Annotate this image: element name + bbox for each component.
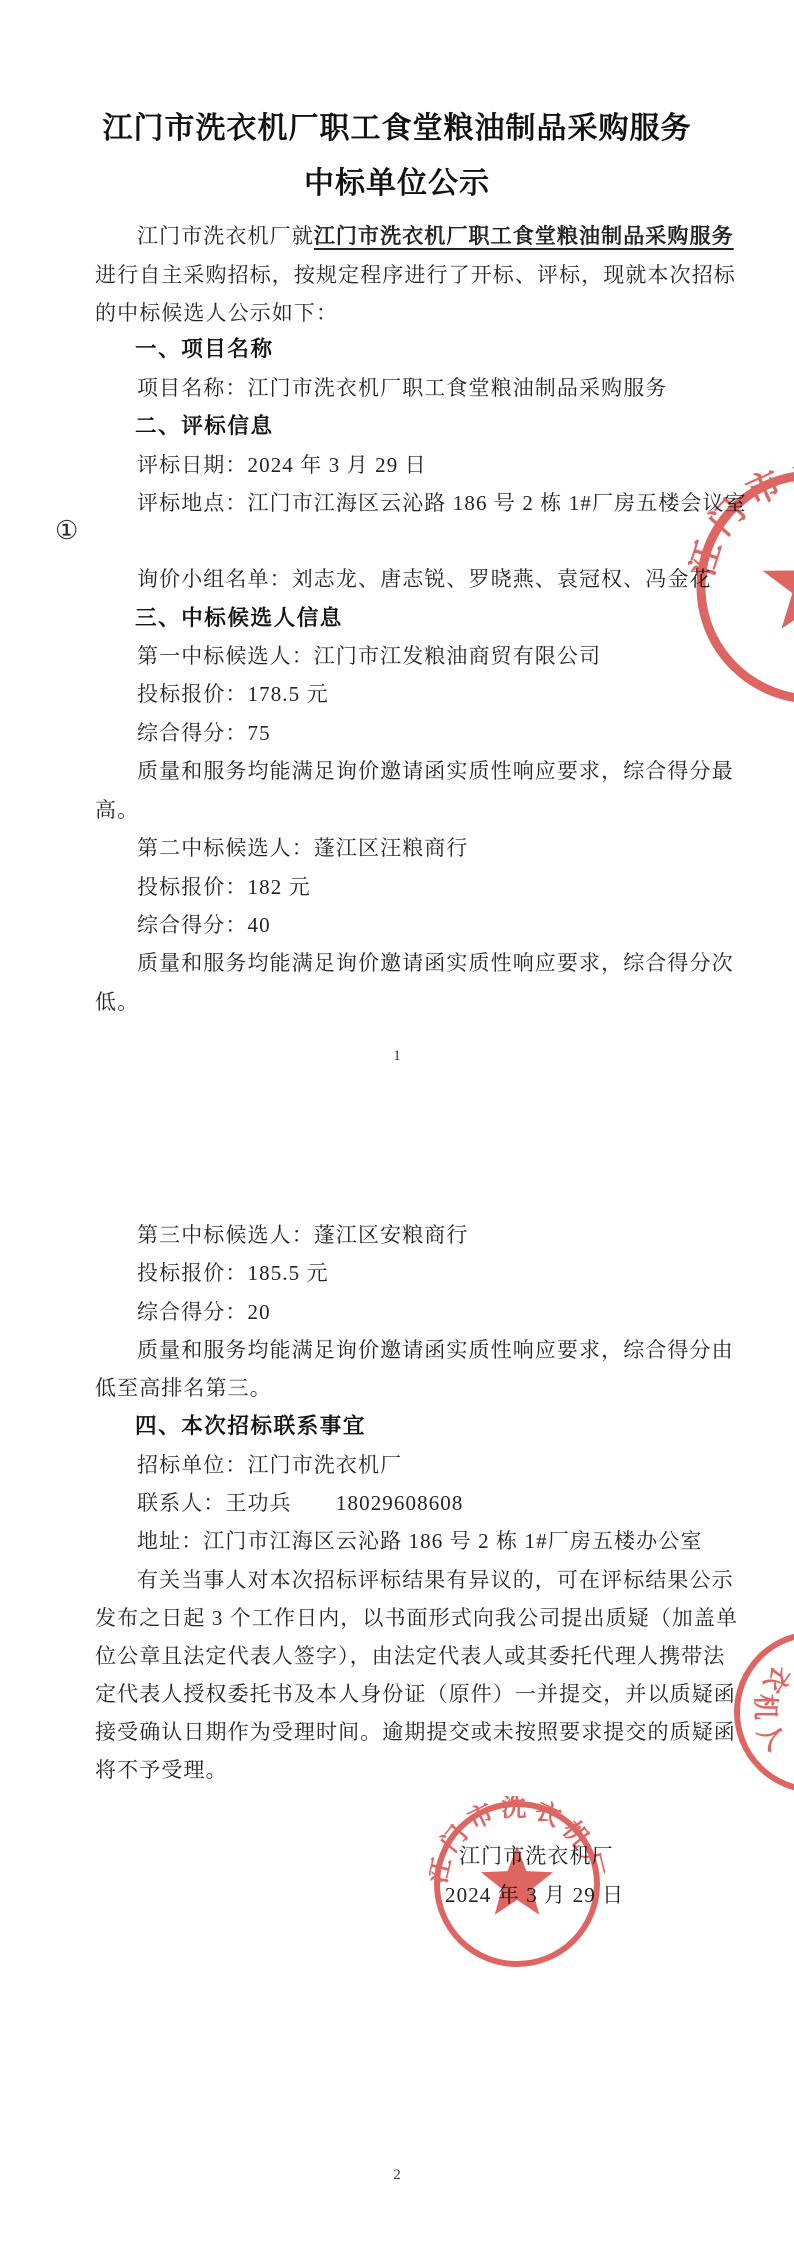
intro-line1-underlined: 江门市洗衣机厂职工食堂粮油制品采购服务 [314,224,734,248]
section1-heading: 一、项目名称 [135,337,274,363]
candidate1-remark-line1: 质量和服务均能满足询价邀请函实质性响应要求，综合得分最 [137,759,734,784]
document-title-line2: 中标单位公示 [0,158,794,202]
notice-line2: 发布之日起 3 个工作日内，以书面形式向我公司提出质疑（加盖单 [95,1606,738,1631]
candidate2-remark-line2: 低。 [95,990,139,1015]
star-icon [763,535,794,629]
notice-line5: 接受确认日期作为受理时间。逾期提交或未按照要求提交的质疑函 [95,1720,736,1745]
section4-heading: 四、本次招标联系事宜 [135,1414,366,1440]
section3-heading: 三、中标候选人信息 [135,606,343,632]
candidate2-price-line: 投标报价：182 元 [137,875,311,900]
company-seal-partial-page2: 衣机人 [727,1624,794,1800]
inquiry-panel-line: 询价小组名单：刘志龙、唐志锐、罗晓燕、袁冠权、冯金花 [137,567,712,592]
tender-org-line: 招标单位：江门市洗衣机厂 [137,1453,402,1478]
page2-number: 2 [0,2167,794,2184]
address-line: 地址：江门市江海区云沁路 186 号 2 栋 1#厂房五楼办公室 [137,1529,702,1554]
notice-line6: 将不予受理。 [95,1758,228,1783]
seal-curved-text: 衣机人 [750,1660,794,1764]
intro-line1-normal: 江门市洗衣机厂就 [137,224,314,248]
intro-line3: 的中标候选人公示如下： [95,301,338,326]
company-seal-partial-page1: 江门市洗衣机厂 [688,462,794,712]
intro-line2: 进行自主采购招标，按规定程序进行了开标、评标，现就本次招标 [95,263,736,288]
star-icon [481,1846,553,1915]
circled-1-annotation: ① [55,516,78,546]
evaluation-date-line: 评标日期：2024 年 3 月 29 日 [137,453,427,478]
document-title-line1: 江门市洗衣机厂职工食堂粮油制品采购服务 [0,103,794,147]
candidate2-remark-line1: 质量和服务均能满足询价邀请函实质性响应要求，综合得分次 [137,951,734,976]
project-name-line: 项目名称：江门市洗衣机厂职工食堂粮油制品采购服务 [137,376,667,401]
candidate1-price-line: 投标报价：178.5 元 [137,682,329,707]
candidate2-name-line: 第二中标候选人：蓬江区汪粮商行 [137,836,469,861]
candidate1-score-line: 综合得分：75 [137,721,271,746]
candidate3-score-line: 综合得分：20 [137,1300,271,1325]
intro-line1: 江门市洗衣机厂就江门市洗衣机厂职工食堂粮油制品采购服务 [137,224,734,249]
notice-line3: 位公章且法定代表人签字），由法定代表人或其委托代理人携带法 [95,1644,725,1669]
seal-curved-text: 江门市洗衣机厂 [688,462,794,580]
candidate3-remark-line1: 质量和服务均能满足询价邀请函实质性响应要求，综合得分由 [137,1338,734,1363]
candidate3-remark-line2: 低至高排名第三。 [95,1376,272,1401]
candidate1-remark-line2: 高。 [95,798,139,823]
notice-line4: 定代表人授权委托书及本人身份证（原件）一并提交，并以质疑函 [95,1682,736,1707]
contact-line: 联系人：王功兵 18029608608 [137,1491,464,1516]
evaluation-location-line: 评标地点：江门市江海区云沁路 186 号 2 栋 1#厂房五楼会议室 [137,491,747,516]
candidate2-score-line: 综合得分：40 [137,913,271,938]
document-page: 江门市洗衣机厂职工食堂粮油制品采购服务 中标单位公示 江门市洗衣机厂就江门市洗衣… [0,0,794,2244]
candidate3-name-line: 第三中标候选人：蓬江区安粮商行 [137,1223,469,1248]
candidate3-price-line: 投标报价：185.5 元 [137,1261,329,1286]
notice-line1: 有关当事人对本次招标评标结果有异议的，可在评标结果公示 [137,1568,734,1593]
page1-number: 1 [0,1048,794,1065]
candidate1-name-line: 第一中标候选人：江门市江发粮油商贸有限公司 [137,644,601,669]
company-seal-signature: 江门市洗衣机厂 [429,1796,605,1972]
section2-heading: 二、评标信息 [135,414,274,440]
